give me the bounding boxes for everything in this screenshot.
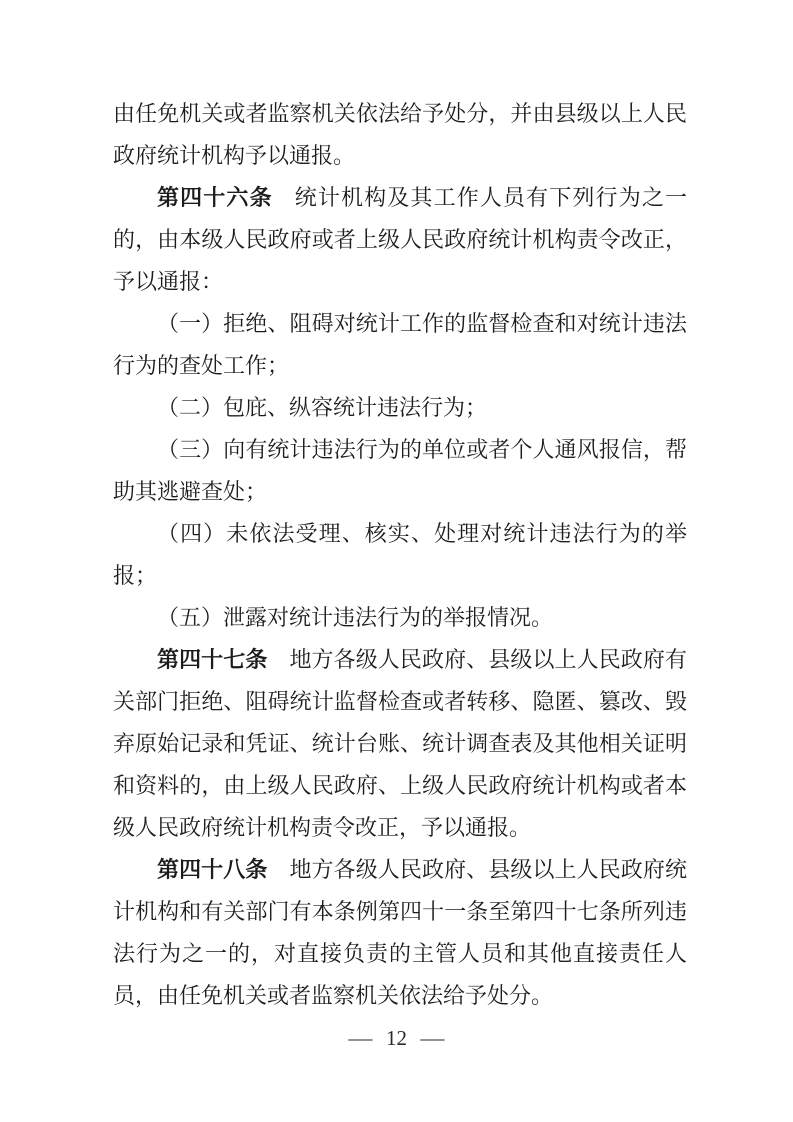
footer-dash-right: — bbox=[420, 1026, 444, 1051]
paragraph-text: （四）未依法受理、核实、处理对统计违法行为的举报； bbox=[113, 521, 687, 588]
page-number: 12 bbox=[386, 1026, 407, 1051]
paragraph: 第四十六条统计机构及其工作人员有下列行为之一的，由本级人民政府或者上级人民政府统… bbox=[113, 177, 687, 303]
article-number: 第四十六条 bbox=[157, 185, 273, 210]
article-number: 第四十七条 bbox=[157, 647, 267, 672]
paragraph-text: （三）向有统计违法行为的单位或者个人通风报信，帮助其逃避查处； bbox=[113, 437, 687, 504]
paragraph-text: 地方各级人民政府、县级以上人民政府有关部门拒绝、阻碍统计监督检查或者转移、隐匿、… bbox=[113, 647, 687, 840]
paragraph: （二）包庇、纵容统计违法行为； bbox=[113, 387, 687, 429]
paragraph-text: （二）包庇、纵容统计违法行为； bbox=[157, 395, 487, 420]
article-number: 第四十八条 bbox=[157, 857, 267, 882]
document-body: 由任免机关或者监察机关依法给予处分，并由县级以上人民政府统计机构予以通报。 第四… bbox=[113, 93, 687, 1017]
paragraph: 第四十七条地方各级人民政府、县级以上人民政府有关部门拒绝、阻碍统计监督检查或者转… bbox=[113, 639, 687, 849]
paragraph-text: （一）拒绝、阻碍对统计工作的监督检查和对统计违法行为的查处工作； bbox=[113, 311, 687, 378]
paragraph: 由任免机关或者监察机关依法给予处分，并由县级以上人民政府统计机构予以通报。 bbox=[113, 93, 687, 177]
paragraph-text: （五）泄露对统计违法行为的举报情况。 bbox=[157, 605, 553, 630]
document-page: 由任免机关或者监察机关依法给予处分，并由县级以上人民政府统计机构予以通报。 第四… bbox=[0, 0, 793, 1122]
paragraph: （五）泄露对统计违法行为的举报情况。 bbox=[113, 597, 687, 639]
paragraph: （四）未依法受理、核实、处理对统计违法行为的举报； bbox=[113, 513, 687, 597]
paragraph: 第四十八条地方各级人民政府、县级以上人民政府统计机构和有关部门有本条例第四十一条… bbox=[113, 849, 687, 1017]
page-footer: — 12 — bbox=[0, 1026, 793, 1051]
paragraph: （三）向有统计违法行为的单位或者个人通风报信，帮助其逃避查处； bbox=[113, 429, 687, 513]
paragraph-text: 由任免机关或者监察机关依法给予处分，并由县级以上人民政府统计机构予以通报。 bbox=[113, 101, 687, 168]
footer-dash-left: — bbox=[348, 1026, 372, 1051]
paragraph: （一）拒绝、阻碍对统计工作的监督检查和对统计违法行为的查处工作； bbox=[113, 303, 687, 387]
